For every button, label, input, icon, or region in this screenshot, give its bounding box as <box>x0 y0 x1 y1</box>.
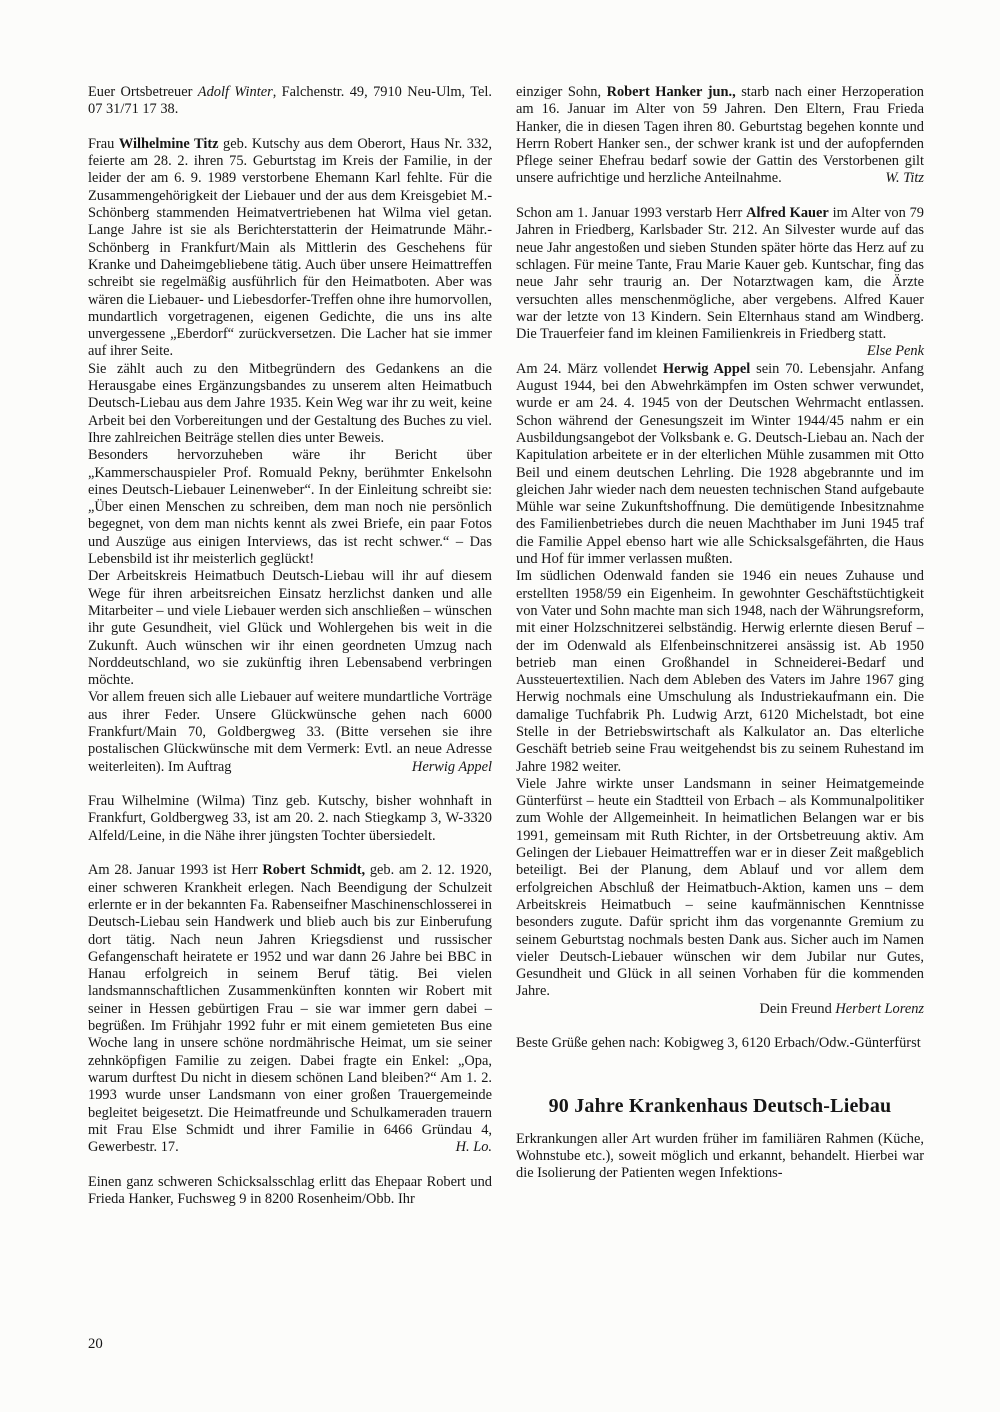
text-run: einziger Sohn, <box>516 84 607 100</box>
right-column: einziger Sohn, Robert Hanker jun., starb… <box>516 84 924 1208</box>
text-run: Adolf Winter <box>198 84 273 100</box>
paragraph-gruss-herbert-lorenz: Dein Freund Herbert Lorenz <box>516 1001 924 1018</box>
paragraph-jubilaeum-herwig-appel: Am 24. März vollendet Herwig Appel sein … <box>516 361 924 569</box>
text-run: Herwig Appel <box>663 361 750 377</box>
paragraph-glueckwuensche-adresse: Vor allem freuen sich alle Liebauer auf … <box>88 689 492 775</box>
left-column: Euer Ortsbetreuer Adolf Winter, Falchens… <box>88 84 492 1208</box>
paragraph-bericht-pekny: Besonders hervorzuheben wäre ihr Bericht… <box>88 447 492 568</box>
paragraph-umzug-tinz: Frau Wilhelmine (Wilma) Tinz geb. Kutsch… <box>88 793 492 845</box>
text-run: Herbert Lorenz <box>835 1001 924 1017</box>
paragraph-kommunalpolitiker: Viele Jahre wirkte unser Landsmann in se… <box>516 776 924 1001</box>
section-heading-krankenhaus: 90 Jahre Krankenhaus Deutsch-Liebau <box>516 1094 924 1118</box>
text-run: sein 70. Lebensjahr. Anfang August 1944,… <box>516 361 924 567</box>
text-run: Am 28. Januar 1993 ist Herr <box>88 862 262 878</box>
page-number: 20 <box>88 1336 103 1353</box>
paragraph-birthday-wilhelmine-titz: Frau Wilhelmine Titz geb. Kutschy aus de… <box>88 136 492 361</box>
text-run: Einen ganz schweren Schicksalsschlag erl… <box>88 1174 492 1207</box>
text-run: Viele Jahre wirkte unser Landsmann in se… <box>516 776 924 1000</box>
text-run: Erkrankungen aller Art wurden früher im … <box>516 1131 924 1182</box>
text-run: Schon am 1. Januar 1993 verstarb Herr <box>516 205 746 221</box>
text-run: geb. am 2. 12. 1920, einer schweren Kran… <box>88 862 492 1155</box>
text-run: im Alter von 79 Jahren in Friedberg, Kar… <box>516 205 924 342</box>
signature: H. Lo. <box>456 1139 492 1156</box>
text-run: Euer Ortsbetreuer <box>88 84 198 100</box>
text-run: Beste Grüße gehen nach: Kobigweg 3, 6120… <box>516 1035 921 1051</box>
text-run: Der Arbeitskreis Heimatbuch Deutsch-Lieb… <box>88 568 492 688</box>
paragraph-beste-gruesse-adresse: Beste Grüße gehen nach: Kobigweg 3, 6120… <box>516 1035 924 1052</box>
text-run: Im südlichen Odenwald fanden sie 1946 ei… <box>516 568 924 774</box>
text-run: Robert Hanker jun., <box>607 84 736 100</box>
text-run: Frau <box>88 136 119 152</box>
paragraph-nachruf-alfred-kauer: Schon am 1. Januar 1993 verstarb Herr Al… <box>516 205 924 343</box>
paragraph-dank-arbeitskreis: Der Arbeitskreis Heimatbuch Deutsch-Lieb… <box>88 568 492 689</box>
paragraph-schicksalsschlag-hanker: Einen ganz schweren Schicksalsschlag erl… <box>88 1174 492 1209</box>
signature: Else Penk <box>867 343 924 360</box>
text-run: Frau Wilhelmine (Wilma) Tinz geb. Kutsch… <box>88 793 492 844</box>
paragraph-odenwald-neuanfang: Im südlichen Odenwald fanden sie 1946 ei… <box>516 568 924 776</box>
text-run: Sie zählt auch zu den Mitbegründern des … <box>88 361 492 446</box>
text-run: Robert Schmidt, <box>262 862 365 878</box>
text-run: Besonders hervorzuheben wäre ihr Bericht… <box>88 447 492 567</box>
two-column-layout: Euer Ortsbetreuer Adolf Winter, Falchens… <box>88 84 924 1208</box>
signature: Herwig Appel <box>412 759 492 776</box>
text-run: Am 24. März vollendet <box>516 361 663 377</box>
paragraph-krankenhaus-intro: Erkrankungen aller Art wurden früher im … <box>516 1131 924 1183</box>
paragraph-nachruf-robert-schmidt: Am 28. Januar 1993 ist Herr Robert Schmi… <box>88 862 492 1156</box>
text-run: Alfred Kauer <box>746 205 829 221</box>
signature: W. Titz <box>885 170 924 187</box>
paragraph-nachruf-robert-hanker-jun: einziger Sohn, Robert Hanker jun., starb… <box>516 84 924 188</box>
paragraph-heimatbuch-mitbegruenderin: Sie zählt auch zu den Mitbegründern des … <box>88 361 492 447</box>
text-run: Wilhelmine Titz <box>119 136 219 152</box>
document-page: Euer Ortsbetreuer Adolf Winter, Falchens… <box>88 84 924 1208</box>
paragraph-ortsbetreuer-address: Euer Ortsbetreuer Adolf Winter, Falchens… <box>88 84 492 119</box>
text-run: geb. Kutschy aus dem Oberort, Haus Nr. 3… <box>88 136 492 360</box>
text-run: Dein Freund <box>759 1001 835 1017</box>
